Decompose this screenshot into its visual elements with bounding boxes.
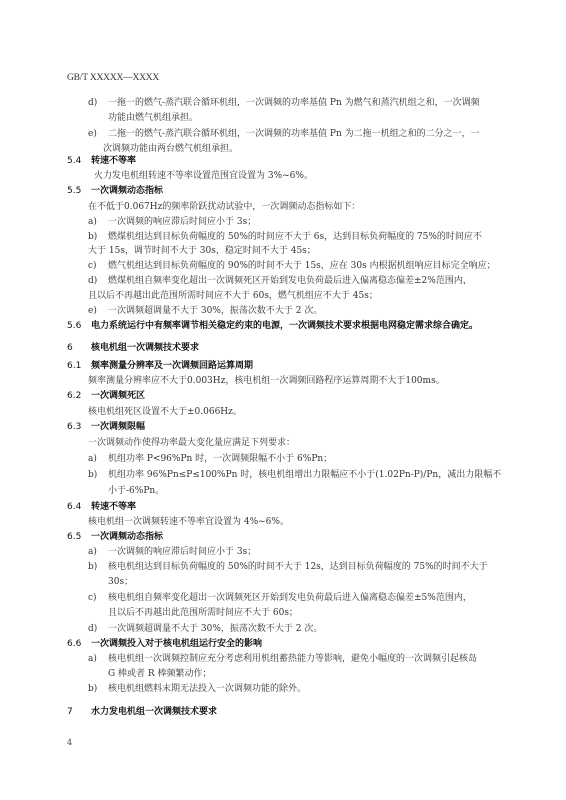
- page-number: 4: [67, 738, 72, 747]
- line-text: 30s；: [108, 577, 133, 587]
- line-text: 且以后不再越出此范围所需时间应不大于 60s；: [108, 608, 298, 618]
- list-item: c)燃气机组达到目标负荷幅度的 90%的时间不大于 15s，应在 30s 内根据…: [88, 260, 496, 272]
- line-text: 机组功率 P<96%Pn 时，一次调频限幅不小于 6%Pn；: [108, 454, 332, 464]
- paragraph-line: 火力发电机组转速不等率设置范围宜设置为 3%~6%。: [94, 170, 313, 182]
- list-item-label: a): [88, 453, 108, 465]
- line-text: 核电机组一次调频转速不等率宜设置为 4%~6%。: [88, 517, 289, 527]
- list-item-label: c): [88, 592, 108, 604]
- section-heading: 6.6一次调频投入对于核电机组运行安全的影响: [67, 638, 262, 650]
- line-text: 次调频功能由两台燃气机组承担。: [103, 144, 238, 154]
- list-item: c)核电机组自频率变化超出一次调频死区开始到发电负荷最后进入偏离稳态偏差±5%范…: [88, 592, 472, 604]
- section-number: 6.2: [67, 390, 91, 402]
- list-item-label: d): [88, 623, 108, 635]
- list-item-label: c): [88, 260, 108, 272]
- line-text: 小于-6%Pn。: [108, 486, 164, 496]
- line-text: 核电机组一次调频控制应充分考虑利用机组蓄热能力等影响，避免小幅度的一次调频引起核…: [108, 654, 477, 664]
- list-item: a)核电机组一次调频控制应充分考虑利用机组蓄热能力等影响，避免小幅度的一次调频引…: [88, 653, 477, 665]
- list-item-label: b): [88, 561, 108, 573]
- list-item: b)核电机组燃料末期无法投入一次调频功能的除外。: [88, 683, 306, 695]
- paragraph-line: 且以后不再越出此范围所需时间应不大于 60s，燃气机组应不大于 45s；: [88, 290, 378, 302]
- document-page: GB/T XXXXX—XXXX d)一拖一的燃气-蒸汽联合循环机组，一次调频的功…: [0, 0, 566, 800]
- list-item: b)核电机组达到目标负荷幅度的 50%的时间不大于 12s，达到目标负荷幅度的 …: [88, 561, 488, 573]
- line-text: 在不低于0.067Hz的频率阶跃扰动试验中，一次调频动态指标如下：: [88, 202, 360, 212]
- section-number: 7: [67, 706, 91, 718]
- section-heading: 5.4转速不等率: [67, 155, 136, 167]
- section-number: 6: [67, 342, 91, 354]
- list-item: e)二拖一的燃气-蒸汽联合循环机组，一次调频的功率基值 Pn 为二拖一机组之和的…: [88, 128, 480, 140]
- line-text: 一次调频限幅: [91, 422, 145, 432]
- section-heading: 6.3一次调频限幅: [67, 421, 145, 433]
- line-text: 一次调频的响应滞后时间应小于 3s；: [108, 547, 256, 557]
- line-text: 核电机组燃料末期无法投入一次调频功能的除外。: [108, 684, 306, 694]
- list-item-label: a): [88, 653, 108, 665]
- line-text: 频率测量分辨率及一次调频回路运算周期: [91, 361, 253, 371]
- section-heading: 6.4转速不等率: [67, 501, 136, 513]
- list-item: b)机组功率 96%Pn≤P≤100%Pn 时，核电机组增出力限幅应不小于(1.…: [88, 469, 501, 481]
- list-item: d)燃煤机组自频率变化超出一次调频死区开始到发电负荷最后进入偏离稳态偏差±2%范…: [88, 275, 472, 287]
- section-heading: 5.6电力系统运行中有频率调节相关稳定约束的电源，一次调频技术要求根据电网稳定需…: [67, 320, 478, 332]
- line-text: 大于 15s，调节时间不大于 30s，稳定时间不大于 45s；: [88, 246, 316, 256]
- list-item: e)一次调频超调量不大于 30%，振荡次数不大于 2 次。: [88, 305, 322, 317]
- paragraph-line: G 棒或者 R 棒频繁动作；: [108, 668, 212, 680]
- paragraph-line: 频率测量分辨率应不大于0.003Hz，核电机组一次调频回路程序运算周期不大于10…: [88, 375, 445, 387]
- list-item: d)一次调频超调量不大于 30%，振荡次数不大于 2 次。: [88, 623, 322, 635]
- line-text: 电力系统运行中有频率调节相关稳定约束的电源，一次调频技术要求根据电网稳定需求综合…: [91, 321, 478, 331]
- line-text: 转速不等率: [91, 502, 136, 512]
- list-item: a)一次调频的响应滞后时间应小于 3s；: [88, 216, 256, 228]
- list-item: d)一拖一的燃气-蒸汽联合循环机组，一次调频的功率基值 Pn 为燃气和蒸汽机组之…: [88, 97, 480, 109]
- line-text: 且以后不再越出此范围所需时间应不大于 60s，燃气机组应不大于 45s；: [88, 291, 378, 301]
- line-text: 转速不等率: [91, 156, 136, 166]
- list-item: a)一次调频的响应滞后时间应小于 3s；: [88, 546, 256, 558]
- section-heading: 6.1频率测量分辨率及一次调频回路运算周期: [67, 360, 253, 372]
- section-heading: 6.2一次调频死区: [67, 390, 145, 402]
- line-text: 一拖一的燃气-蒸汽联合循环机组，一次调频的功率基值 Pn 为燃气和蒸汽机组之和，…: [108, 98, 480, 108]
- list-item-label: d): [88, 275, 108, 287]
- paragraph-line: 小于-6%Pn。: [108, 485, 164, 497]
- list-item-label: e): [88, 128, 108, 140]
- list-item-label: b): [88, 231, 108, 243]
- line-text: 机组功率 96%Pn≤P≤100%Pn 时，核电机组增出力限幅应不小于(1.02…: [108, 470, 501, 480]
- line-text: 火力发电机组转速不等率设置范围宜设置为 3%~6%。: [94, 171, 313, 181]
- line-text: 一次调频死区: [91, 391, 145, 401]
- list-item-label: b): [88, 683, 108, 695]
- section-heading: 7水力发电机组一次调频技术要求: [67, 706, 217, 718]
- section-number: 6.3: [67, 421, 91, 433]
- list-item-label: a): [88, 546, 108, 558]
- line-text: 核电机组一次调频技术要求: [91, 343, 199, 353]
- section-number: 6.6: [67, 638, 91, 650]
- line-text: G 棒或者 R 棒频繁动作；: [108, 669, 212, 679]
- section-number: 5.4: [67, 155, 91, 167]
- section-heading: 5.5一次调频动态指标: [67, 185, 163, 197]
- document-code-header: GB/T XXXXX—XXXX: [67, 73, 159, 83]
- paragraph-line: 次调频功能由两台燃气机组承担。: [103, 143, 238, 155]
- line-text: 一次调频动态指标: [91, 186, 163, 196]
- paragraph-line: 在不低于0.067Hz的频率阶跃扰动试验中，一次调频动态指标如下：: [88, 201, 360, 213]
- section-number: 6.4: [67, 501, 91, 513]
- section-heading: 6核电机组一次调频技术要求: [67, 342, 199, 354]
- line-text: 一次调频超调量不大于 30%，振荡次数不大于 2 次。: [108, 306, 322, 316]
- section-number: 6.1: [67, 360, 91, 372]
- line-text: 频率测量分辨率应不大于0.003Hz，核电机组一次调频回路程序运算周期不大于10…: [88, 376, 445, 386]
- line-text: 核电机组自频率变化超出一次调频死区开始到发电负荷最后进入偏离稳态偏差±5%范围内…: [108, 593, 472, 603]
- paragraph-line: 且以后不再越出此范围所需时间应不大于 60s；: [108, 607, 298, 619]
- section-number: 5.6: [67, 320, 91, 332]
- line-text: 一次调频动态指标: [91, 532, 163, 542]
- section-heading: 6.5一次调频动态指标: [67, 531, 163, 543]
- list-item-label: e): [88, 305, 108, 317]
- paragraph-line: 大于 15s，调节时间不大于 30s，稳定时间不大于 45s；: [88, 245, 316, 257]
- list-item: a)机组功率 P<96%Pn 时，一次调频限幅不小于 6%Pn；: [88, 453, 332, 465]
- line-text: 二拖一的燃气-蒸汽联合循环机组，一次调频的功率基值 Pn 为二拖一机组之和的二分…: [108, 129, 480, 139]
- line-text: 燃煤机组自频率变化超出一次调频死区开始到发电负荷最后进入偏离稳态偏差±2%范围内…: [108, 276, 472, 286]
- line-text: 水力发电机组一次调频技术要求: [91, 707, 217, 717]
- section-number: 5.5: [67, 185, 91, 197]
- section-number: 6.5: [67, 531, 91, 543]
- line-text: 一次调频动作使得功率最大变化量应满足下列要求：: [88, 438, 295, 448]
- line-text: 一次调频的响应滞后时间应小于 3s；: [108, 217, 256, 227]
- paragraph-line: 功能由燃气机组承担。: [108, 112, 198, 124]
- line-text: 核电机组达到目标负荷幅度的 50%的时间不大于 12s，达到目标负荷幅度的 75…: [108, 562, 488, 572]
- line-text: 核电机组死区设置不大于±0.066Hz。: [88, 407, 242, 417]
- list-item-label: b): [88, 469, 108, 481]
- paragraph-line: 一次调频动作使得功率最大变化量应满足下列要求：: [88, 437, 295, 449]
- line-text: 燃气机组达到目标负荷幅度的 90%的时间不大于 15s，应在 30s 内根据机组…: [108, 261, 496, 271]
- list-item-label: d): [88, 97, 108, 109]
- paragraph-line: 核电机组死区设置不大于±0.066Hz。: [88, 406, 242, 418]
- line-text: 功能由燃气机组承担。: [108, 113, 198, 123]
- paragraph-line: 核电机组一次调频转速不等率宜设置为 4%~6%。: [88, 516, 289, 528]
- line-text: 一次调频投入对于核电机组运行安全的影响: [91, 639, 262, 649]
- list-item: b)燃煤机组达到目标负荷幅度的 50%的时间应不大于 6s，达到目标负荷幅度的 …: [88, 231, 482, 243]
- paragraph-line: 30s；: [108, 576, 133, 588]
- line-text: 一次调频超调量不大于 30%，振荡次数不大于 2 次。: [108, 624, 322, 634]
- list-item-label: a): [88, 216, 108, 228]
- line-text: 燃煤机组达到目标负荷幅度的 50%的时间应不大于 6s，达到目标负荷幅度的 75…: [108, 232, 482, 242]
